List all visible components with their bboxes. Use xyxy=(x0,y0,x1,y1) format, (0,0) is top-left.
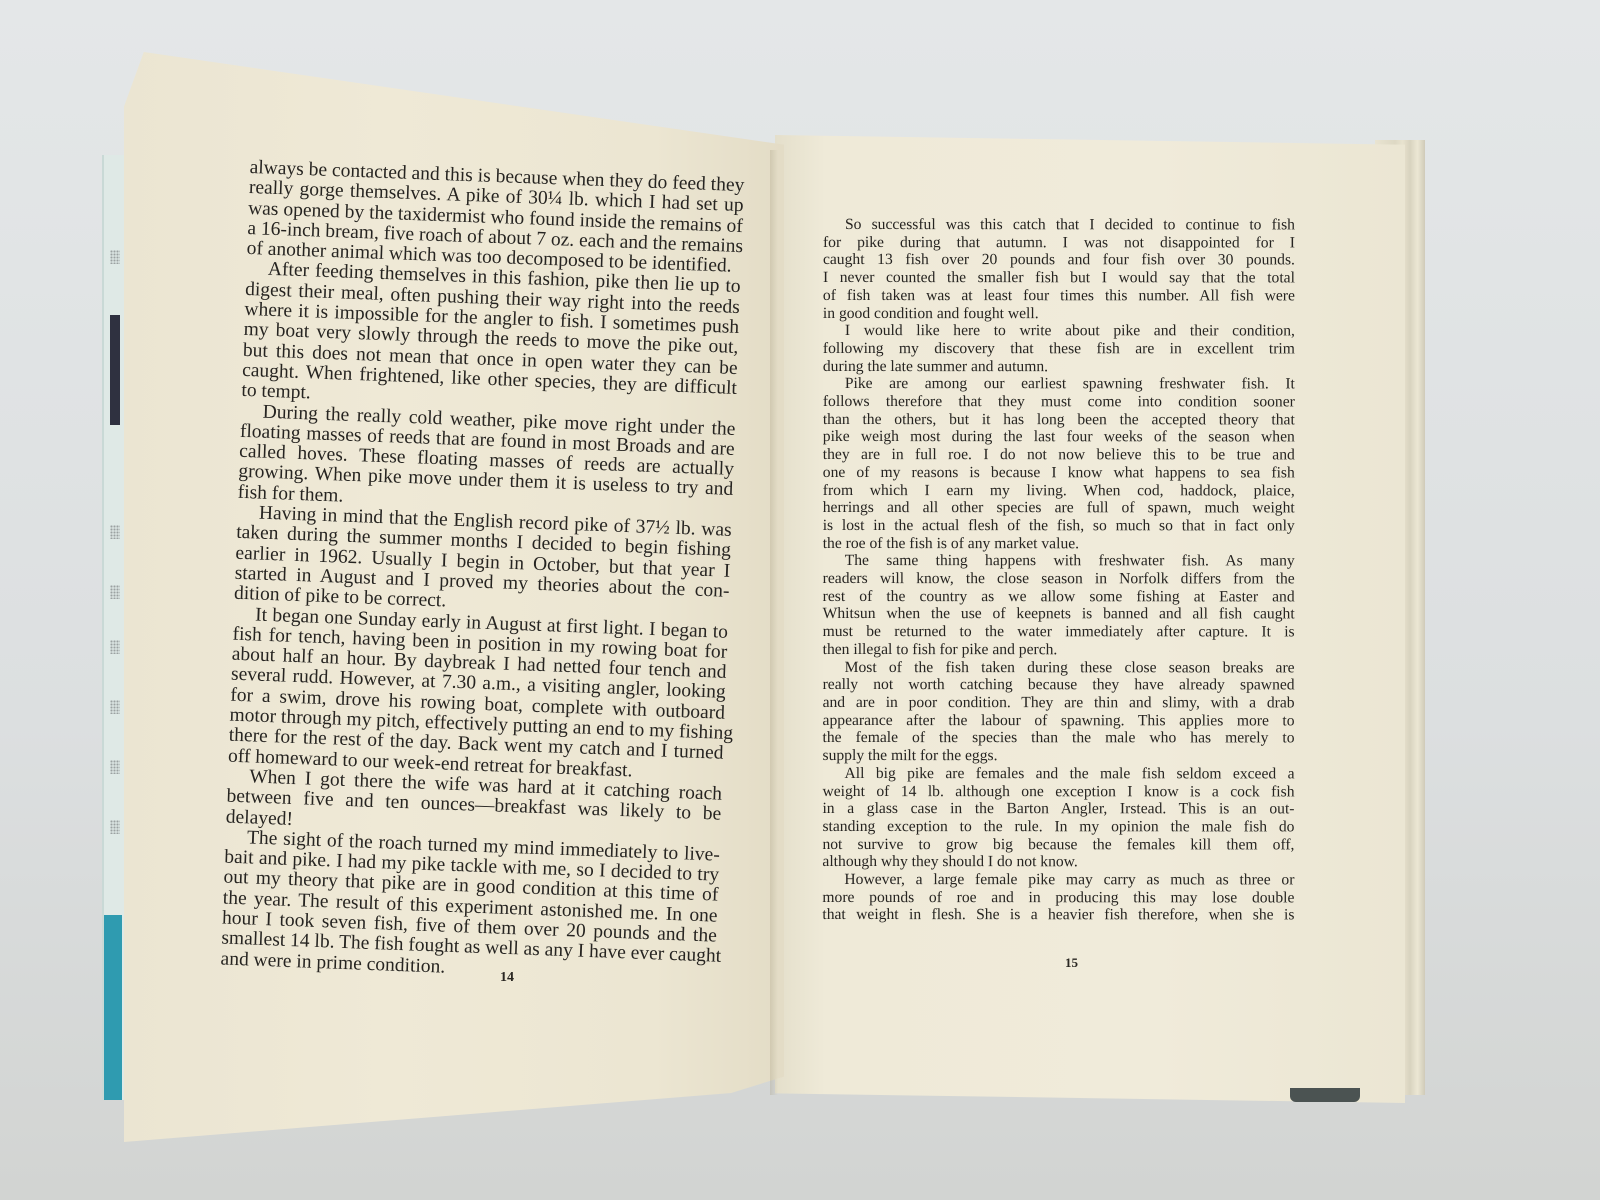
cover-dark-stripe xyxy=(110,315,120,425)
left-page-number: 14 xyxy=(500,970,514,986)
text-line: of fish taken was at least four times th… xyxy=(823,287,1295,305)
text-line: Pike are among our earliest spawning fre… xyxy=(823,375,1295,393)
text-line: supply the milt for the eggs. xyxy=(823,747,1295,765)
text-line: the roe of the fish is of any market val… xyxy=(823,535,1295,553)
open-book-photo: always be contacted and this is because … xyxy=(0,0,1600,1200)
text-line: in a glass case in the Barton Angler, Ir… xyxy=(822,800,1294,818)
right-page-number: 15 xyxy=(1065,955,1078,971)
text-line: follows therefore that they must come in… xyxy=(823,393,1295,411)
text-line: readers will know, the close season in N… xyxy=(823,570,1295,588)
cover-pattern-mark xyxy=(110,820,120,834)
cover-pattern-mark xyxy=(110,585,120,599)
text-line: must be returned to the water immediatel… xyxy=(823,623,1295,641)
cover-pattern-mark xyxy=(110,760,120,774)
cover-pattern-mark xyxy=(110,250,120,264)
text-line: I never counted the smaller fish but I w… xyxy=(823,269,1295,287)
text-line: appearance after the labour of spawning.… xyxy=(823,712,1295,730)
text-line: is lost in the actual flesh of the fish,… xyxy=(823,517,1295,535)
text-line: weight of 14 lb. although one exception … xyxy=(822,782,1294,800)
text-line: Most of the fish taken during these clos… xyxy=(823,659,1295,677)
cover-teal-stripe xyxy=(104,915,122,1100)
text-line: I would like here to write about pike an… xyxy=(823,322,1295,340)
left-page-text: always be contacted and this is because … xyxy=(220,158,744,987)
text-line: standing exception to the rule. In my op… xyxy=(822,818,1294,836)
text-line: The same thing happens with freshwater f… xyxy=(823,552,1295,570)
book-gutter xyxy=(770,150,778,1095)
text-line: the female of the species than the male … xyxy=(823,729,1295,747)
text-line: really not worth catching because they h… xyxy=(823,676,1295,694)
text-line: not survive to grow big because the fema… xyxy=(822,836,1294,854)
text-line: rest of the country as we allow some fis… xyxy=(823,588,1295,606)
text-line: following my discovery that these fish a… xyxy=(823,340,1295,358)
text-line: and are in poor condition. They are thin… xyxy=(823,694,1295,712)
right-page-text: So successful was this catch that I deci… xyxy=(822,216,1295,925)
text-line: caught 13 fish over 20 pounds and four f… xyxy=(823,251,1295,269)
text-line: that weight in flesh. She is a heavier f… xyxy=(822,906,1294,924)
text-line: herrings and all other species are full … xyxy=(823,499,1295,517)
cover-pattern-mark xyxy=(110,640,120,654)
text-line: However, a large female pike may carry a… xyxy=(822,871,1294,889)
text-line: from which I earn my living. When cod, h… xyxy=(823,482,1295,500)
text-line: during the late summer and autumn. xyxy=(823,358,1295,376)
book-spine-corner xyxy=(1290,1088,1360,1102)
text-line: So successful was this catch that I deci… xyxy=(823,216,1295,234)
cover-pattern-mark xyxy=(110,525,120,539)
text-line: then illegal to fish for pike and perch. xyxy=(823,641,1295,659)
text-line: one of my reasons is because I know what… xyxy=(823,464,1295,482)
cover-pattern-mark xyxy=(110,700,120,714)
text-line: more pounds of roe and in producing this… xyxy=(822,889,1294,907)
text-line: in good condition and fought well. xyxy=(823,305,1295,323)
text-line: for pike during that autumn. I was not d… xyxy=(823,234,1295,252)
text-line: although why they should I do not know. xyxy=(822,853,1294,871)
text-line: Whitsun when the use of keepnets is bann… xyxy=(823,605,1295,623)
text-line: pike weigh most during the last four wee… xyxy=(823,428,1295,446)
text-line: All big pike are females and the male fi… xyxy=(823,765,1295,783)
text-line: they are in full roe. I do not now belie… xyxy=(823,446,1295,464)
text-line: than the others, but it has long been th… xyxy=(823,411,1295,429)
